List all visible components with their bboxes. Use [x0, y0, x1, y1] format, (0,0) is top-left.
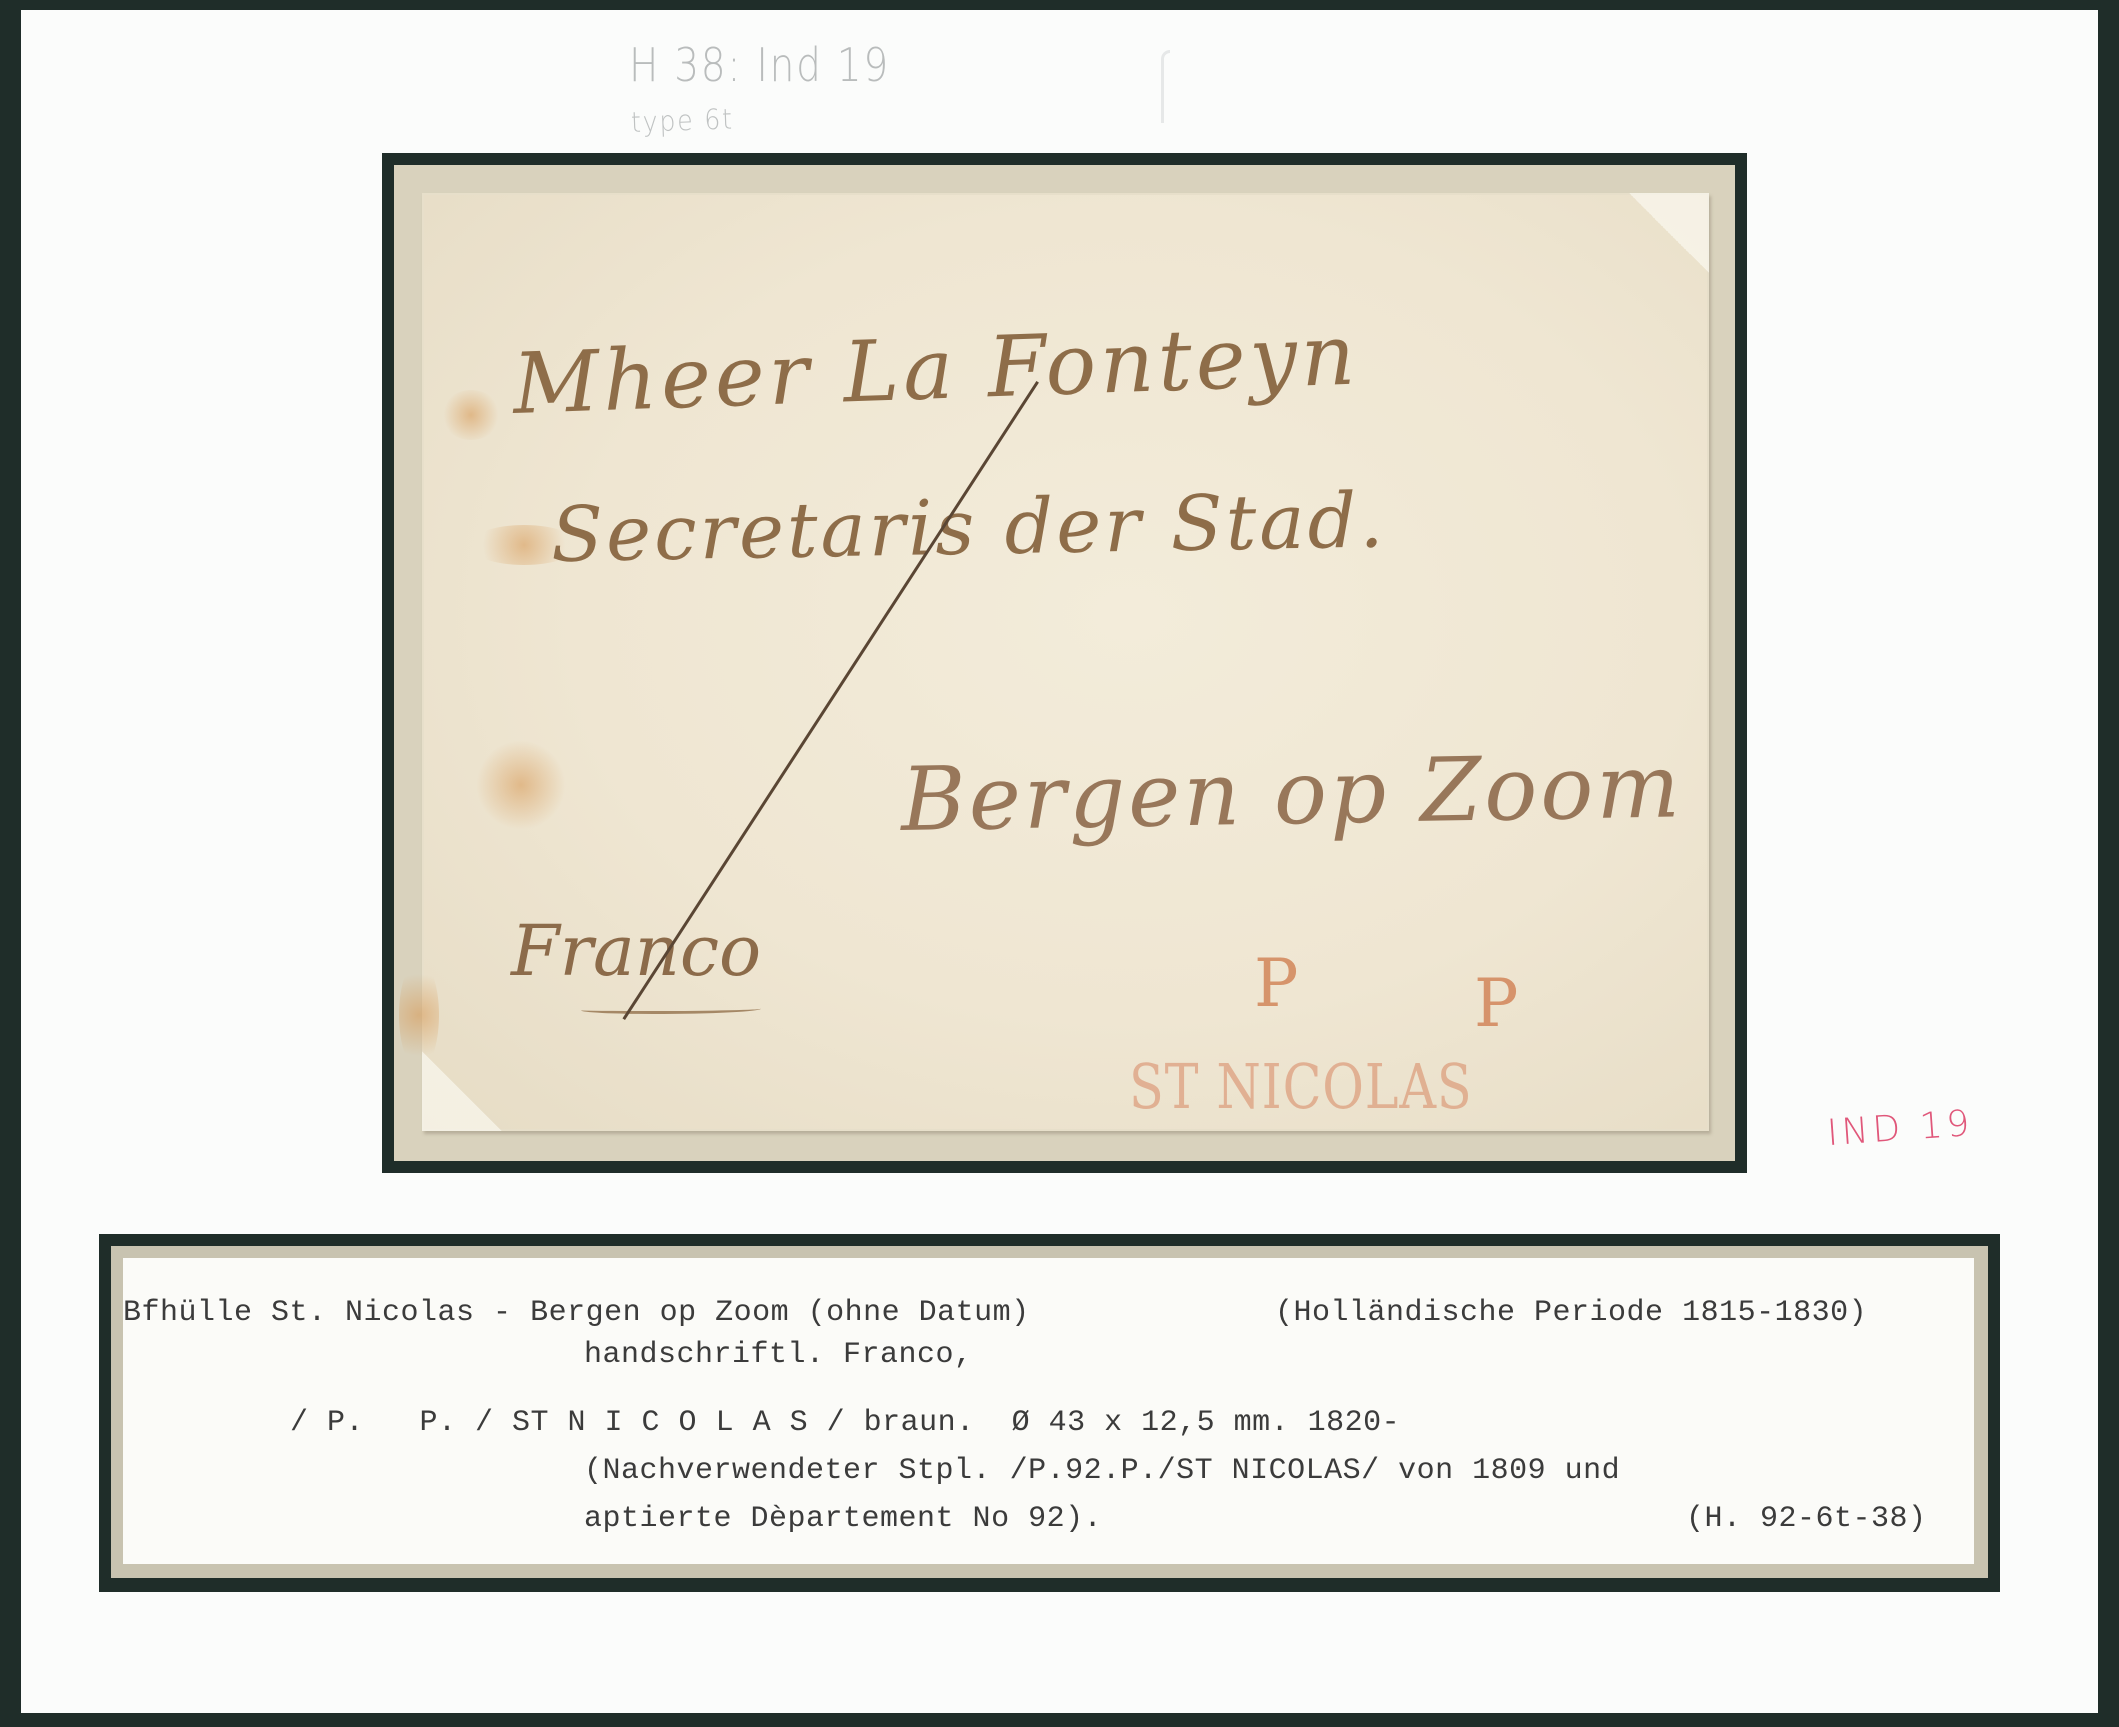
postmark-town: ST NICOLAS [1129, 1050, 1473, 1123]
desc-catalog-ref: (H. 92-6t-38) [1686, 1502, 1927, 1536]
foxing-stain [441, 390, 501, 440]
desc-line-1: Bfhülle St. Nicolas - Bergen op Zoom (oh… [123, 1296, 1030, 1330]
faint-pencil-mark [1161, 50, 1170, 123]
franco-note: Franco [511, 910, 761, 992]
cover-mount-frame [382, 153, 1747, 1173]
foxing-stain [476, 740, 566, 830]
album-page: H 38: Ind 19 type 6t Mheer La Fonteyn Se… [21, 10, 2098, 1713]
description-label-frame: Bfhülle St. Nicolas - Bergen op Zoom (oh… [99, 1234, 2000, 1592]
pencil-reference-note: H 38: Ind 19 [629, 38, 890, 92]
description-label-mat: Bfhülle St. Nicolas - Bergen op Zoom (oh… [111, 1246, 1988, 1578]
address-destination: Bergen op Zoom [900, 734, 1683, 851]
desc-line-2: handschriftl. Franco, [584, 1338, 973, 1372]
pencil-type-note: type 6t [630, 102, 734, 139]
foxing-stain [399, 960, 439, 1070]
desc-line-4: (Nachverwendeter Stpl. /P.92.P./ST NICOL… [584, 1454, 1620, 1488]
description-label: Bfhülle St. Nicolas - Bergen op Zoom (oh… [123, 1258, 1974, 1564]
desc-period: (Holländische Periode 1815-1830) [1275, 1296, 1867, 1330]
photo-corner-icon [1629, 193, 1709, 273]
postmark-p-left: P [1254, 945, 1298, 1022]
address-line-2: Secretaris der Stad. [550, 475, 1387, 579]
desc-line-3: / P. P. / ST N I C O L A S / braun. Ø 43… [290, 1406, 1400, 1440]
inventory-mark: IND 19 [1826, 1103, 1975, 1154]
postmark-p-right: P [1474, 965, 1518, 1042]
photo-corner-icon [422, 1051, 502, 1131]
desc-line-5: aptierte Dèpartement No 92). [584, 1502, 1102, 1536]
